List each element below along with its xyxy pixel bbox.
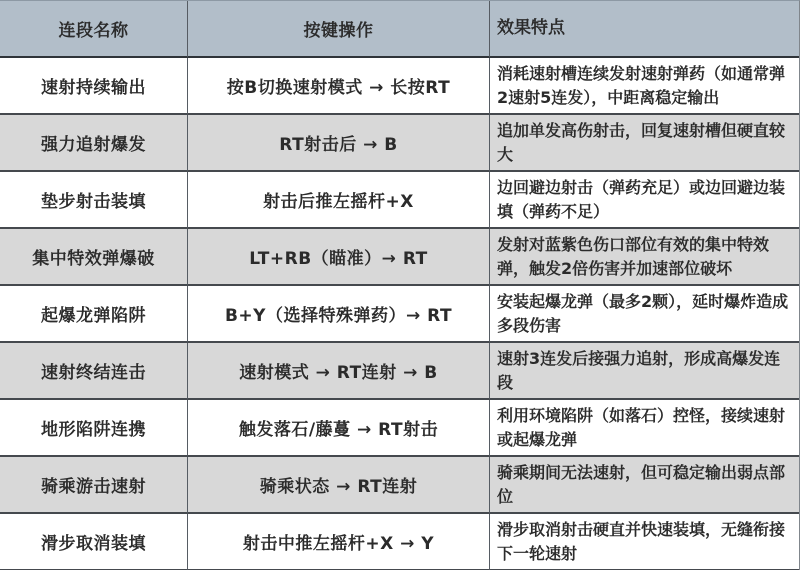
effect-cell: 速射3连发后接强力追射，形成高爆发连段 [490, 343, 800, 400]
effect-cell: 追加单发高伤射击，回复速射槽但硬直较大 [490, 115, 800, 172]
effect-cell: 安装起爆龙弹（最多2颗），延时爆炸造成多段伤害 [490, 286, 800, 343]
header-key-operation: 按键操作 [188, 1, 490, 58]
effect-cell: 利用环境陷阱（如落石）控怪，接续速射或起爆龙弹 [490, 400, 800, 457]
header-effect: 效果特点 [490, 1, 800, 58]
key-operation-cell: RT射击后 → B [188, 115, 490, 172]
effect-cell: 发射对蓝紫色伤口部位有效的集中特效弹，触发2倍伤害并加速部位破坏 [490, 229, 800, 286]
key-operation-cell: 触发落石/藤蔓 → RT射击 [188, 400, 490, 457]
key-operation-cell: B+Y（选择特殊弹药）→ RT [188, 286, 490, 343]
key-operation-cell: 射击中推左摇杆+X → Y [188, 514, 490, 570]
key-operation-cell: 速射模式 → RT连射 → B [188, 343, 490, 400]
combo-name-cell: 起爆龙弹陷阱 [0, 286, 188, 343]
key-operation-cell: LT+RB（瞄准）→ RT [188, 229, 490, 286]
combo-name-cell: 垫步射击装填 [0, 172, 188, 229]
combo-name-cell: 骑乘游击速射 [0, 457, 188, 514]
combo-name-cell: 集中特效弹爆破 [0, 229, 188, 286]
effect-cell: 消耗速射槽连续发射速射弹药（如通常弹2速射5连发），中距离稳定输出 [490, 58, 800, 115]
header-combo-name: 连段名称 [0, 1, 188, 58]
combo-name-cell: 速射终结连击 [0, 343, 188, 400]
combo-guide-table: 连段名称 按键操作 效果特点 速射持续输出 按B切换速射模式 → 长按RT 消耗… [0, 0, 800, 570]
effect-cell: 滑步取消射击硬直并快速装填，无缝衔接下一轮速射 [490, 514, 800, 570]
combo-name-cell: 速射持续输出 [0, 58, 188, 115]
key-operation-cell: 射击后推左摇杆+X [188, 172, 490, 229]
key-operation-cell: 骑乘状态 → RT连射 [188, 457, 490, 514]
combo-name-cell: 强力追射爆发 [0, 115, 188, 172]
combo-name-cell: 滑步取消装填 [0, 514, 188, 570]
key-operation-cell: 按B切换速射模式 → 长按RT [188, 58, 490, 115]
effect-cell: 骑乘期间无法速射，但可稳定输出弱点部位 [490, 457, 800, 514]
effect-cell: 边回避边射击（弹药充足）或边回避边装填（弹药不足） [490, 172, 800, 229]
combo-name-cell: 地形陷阱连携 [0, 400, 188, 457]
